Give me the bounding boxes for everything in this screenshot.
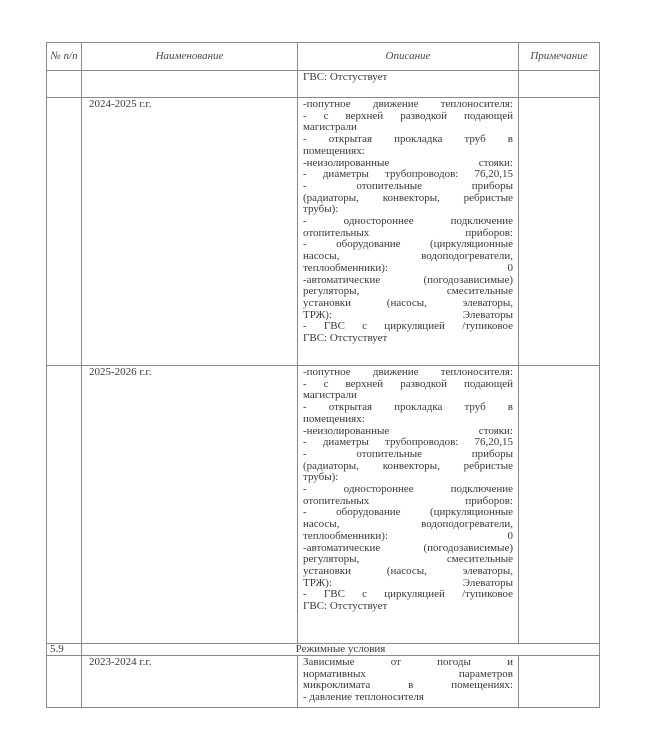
header-description: Описание [298,43,519,71]
cell-note [519,656,600,708]
description-line: -попутное движение теплоносителя: [303,99,513,111]
cell-num [47,366,82,644]
cell-note [519,98,600,366]
cell-name: 2025-2026 г.г. [82,366,298,644]
description-line: помещениях: [303,146,513,158]
description-line: ГВС: Отстуствует [303,601,513,613]
section-title: Режимные условия [82,644,600,656]
cell-description: ГВС: Отстуствует [298,71,519,98]
description-line: ГВС: Отстуствует [303,72,513,84]
description-line: ГВС: Отстуствует [303,333,513,345]
cell-name: 2024-2025 г.г. [82,98,298,366]
description-line: теплообменники): 0 [303,263,513,275]
description-line: теплообменники): 0 [303,531,513,543]
table-row: 2025-2026 г.г. -попутное движение теплон… [47,366,600,644]
section-row: 5.9 Режимные условия [47,644,600,656]
description-line: установки (насосы, элеваторы, [303,566,513,578]
cell-num [47,98,82,366]
header-note: Примечание [519,43,600,71]
description-line: Зависимые от погоды и [303,657,513,669]
description-line: установки (насосы, элеваторы, [303,298,513,310]
section-num: 5.9 [47,644,82,656]
description-line: - отопительные приборы [303,181,513,193]
table-row: 2024-2025 г.г. -попутное движение теплон… [47,98,600,366]
cell-description: -попутное движение теплоносителя:- с вер… [298,98,519,366]
cell-num [47,656,82,708]
cell-num [47,71,82,98]
cell-name [82,71,298,98]
document-table: № п/п Наименование Описание Примечание Г… [46,42,600,708]
cell-name: 2023-2024 г.г. [82,656,298,708]
description-line: -попутное движение теплоносителя: [303,367,513,379]
table-header: № п/п Наименование Описание Примечание [47,43,600,71]
cell-description: Зависимые от погоды инормативных парамет… [298,656,519,708]
table-row: ГВС: Отстуствует [47,71,600,98]
description-line: - одностороннее подключение [303,216,513,228]
cell-note [519,366,600,644]
description-line: - давление теплоносителя [303,692,513,704]
description-line: - одностороннее подключение [303,484,513,496]
header-num: № п/п [47,43,82,71]
description-line: помещениях: [303,414,513,426]
table-row: 2023-2024 г.г. Зависимые от погоды инорм… [47,656,600,708]
cell-note [519,71,600,98]
description-line: - отопительные приборы [303,449,513,461]
cell-description: -попутное движение теплоносителя:- с вер… [298,366,519,644]
header-name: Наименование [82,43,298,71]
